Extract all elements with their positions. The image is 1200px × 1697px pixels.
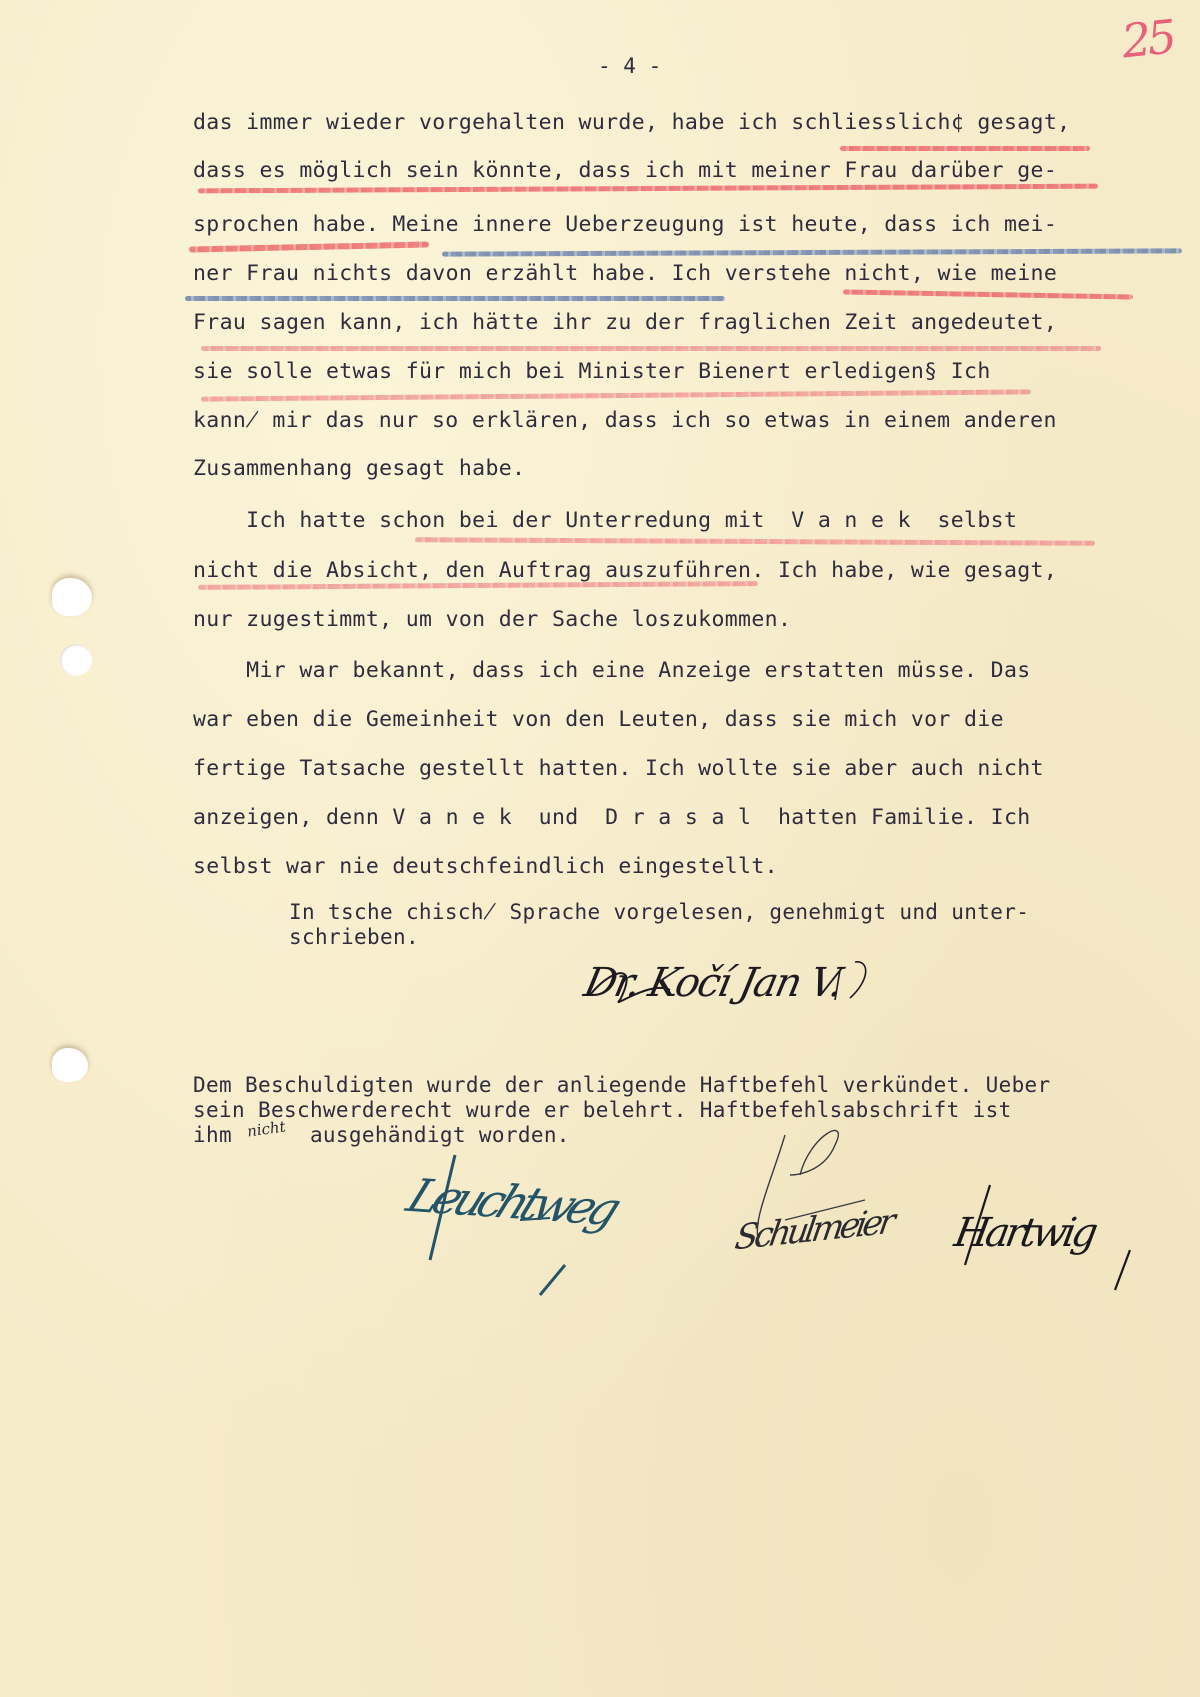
body-line: anzeigen, denn V a n e k und D r a s a l… [193,805,1031,830]
body-line: Mir war bekannt, dass ich eine Anzeige e… [193,658,1031,683]
body-line: sprochen habe. Meine innere Ueberzeugung… [193,212,1057,237]
body-line: Zusammenhang gesagt habe. [193,456,525,481]
body-line: sie solle etwas für mich bei Minister Bi… [193,359,991,384]
red-pencil-underline [415,537,1095,546]
note-line: Dem Beschuldigten wurde der anliegende H… [193,1073,1051,1097]
punch-hole-torn [52,1048,88,1082]
punch-hole-torn [52,578,92,616]
signature-stroke-icon [400,1150,600,1300]
blue-pencil-underline [185,296,725,301]
closing-line: schrieben. [289,925,419,949]
body-line: dass es möglich sein könnte, dass ich mi… [193,158,1057,183]
signature-loop-icon [740,1115,880,1255]
body-line: nur zugestimmt, um von der Sache loszuko… [193,607,791,632]
body-line: selbst war nie deutschfeindlich eingeste… [193,854,778,879]
red-pencil-underline [201,346,1101,351]
document-page: 25 - 4 - das immer wieder vorgehalten wu… [0,0,1200,1697]
red-pencil-underline [840,146,1090,151]
red-pencil-underline [198,184,1098,194]
body-line: fertige Tatsache gestellt hatten. Ich wo… [193,756,1044,781]
closing-line: In tsche chisch̸ Sprache vorgelesen, gen… [289,900,1029,924]
page-number: - 4 - [598,54,661,78]
red-pencil-underline [843,289,1133,299]
red-pencil-underline [189,241,429,252]
body-line: das immer wieder vorgehalten wurde, habe… [193,110,1070,135]
blue-pencil-underline [442,248,1182,256]
body-line: nicht die Absicht, den Auftrag auszuführ… [193,558,1057,583]
note-line: sein Beschwerderecht wurde er belehrt. H… [193,1098,1012,1122]
folio-number: 25 [1119,10,1175,69]
punch-hole [60,644,92,676]
body-line: kann̸ mir das nur so erklären, dass ich … [193,408,1057,433]
signature-stroke-icon [950,1180,1160,1300]
body-line: Ich hatte schon bei der Unterredung mit … [193,508,1017,533]
body-line: war eben die Gemeinheit von den Leuten, … [193,707,1004,732]
red-pencil-underline [201,389,1031,401]
body-line: Frau sagen kann, ich hätte ihr zu der fr… [193,310,1057,335]
signature-flourish-icon [580,950,900,1010]
body-line: ner Frau nichts davon erzählt habe. Ich … [193,261,1057,286]
